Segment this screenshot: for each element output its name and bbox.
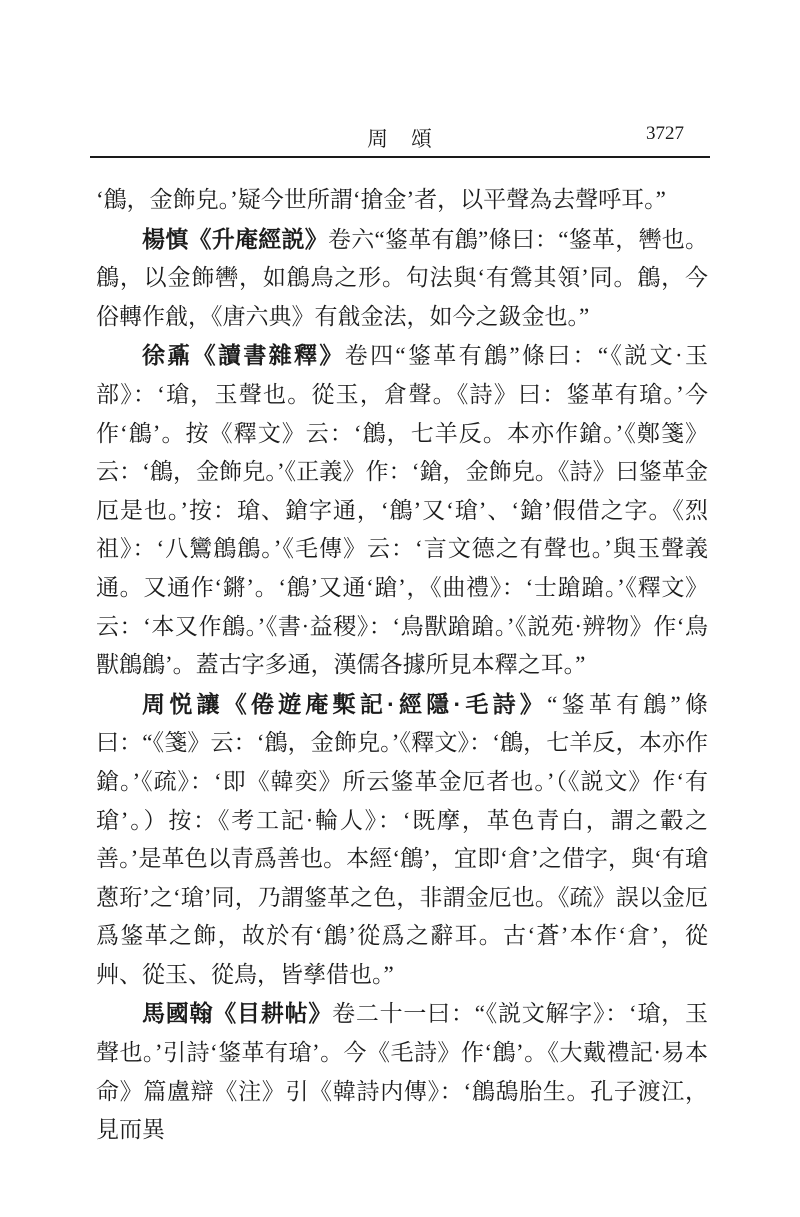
paragraph-lead: 徐鼒《讀書雜釋》 <box>142 342 345 368</box>
paragraph-zhouyuerang: 周悦讓《倦遊庵槧記·經隱·毛詩》“鋚革有鶬”條曰：“《箋》云：‘鶬，金飾皃。’《… <box>96 685 708 995</box>
paragraph-continuation: ‘鶬，金飾皃。’疑今世所謂‘搶金’者，以平聲為去聲呼耳。” <box>96 180 708 220</box>
paragraph-xuzi: 徐鼒《讀書雜釋》卷四“鋚革有鶬”條曰：“《説文·玉部》：‘瑲，玉聲也。從玉，倉聲… <box>96 336 708 684</box>
paragraph-lead: 馬國翰《目耕帖》 <box>142 1000 332 1026</box>
paragraph-text: 卷四“鋚革有鶬”條曰：“《説文·玉部》：‘瑲，玉聲也。從玉，倉聲。《詩》曰：鋚革… <box>96 343 708 677</box>
paragraph-lead: 周悦讓《倦遊庵槧記·經隱·毛詩》 <box>142 691 547 717</box>
paragraph-text: ‘鶬，金飾皃。’疑今世所謂‘搶金’者，以平聲為去聲呼耳。” <box>96 187 666 212</box>
header-divider <box>90 156 710 158</box>
paragraph-yangshen: 楊慎《升庵經説》卷六“鋚革有鶬”條曰：“鋚革，轡也。鶬，以金飾轡，如鶬鳥之形。句… <box>96 220 708 337</box>
body-text: ‘鶬，金飾皃。’疑今世所謂‘搶金’者，以平聲為去聲呼耳。” 楊慎《升庵經説》卷六… <box>96 180 708 1150</box>
paragraph-text: “鋚革有鶬”條曰：“《箋》云：‘鶬，金飾皃。’《釋文》：‘鶬，七羊反，本亦作鎗。… <box>96 692 708 987</box>
page-number: 3727 <box>646 123 684 145</box>
book-page: 周 頌 3727 ‘鶬，金飾皃。’疑今世所謂‘搶金’者，以平聲為去聲呼耳。” 楊… <box>0 0 800 1217</box>
paragraph-maguohan: 馬國翰《目耕帖》卷二十一曰：“《説文解字》：‘瑲，玉聲也。’引詩‘鋚革有瑲’。今… <box>96 994 708 1149</box>
paragraph-lead: 楊慎《升庵經説》 <box>142 226 328 252</box>
